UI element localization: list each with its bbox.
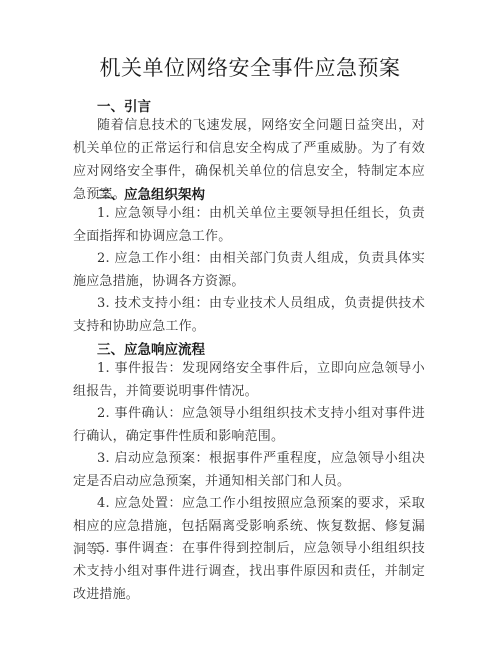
paragraph-org-3: 3. 技术支持小组：由专业技术人员组成，负责提供技术支持和协助应急工作。 (73, 292, 425, 338)
section-heading-organization: 二、应急组织架构 (97, 183, 205, 203)
section-heading-response-process: 三、应急响应流程 (97, 338, 205, 358)
document-title: 机关单位网络安全事件应急预案 (0, 52, 500, 82)
paragraph-process-5: 5. 事件调查：在事件得到控制后，应急领导小组组织技术支持小组对事件进行调查，找… (73, 537, 425, 606)
paragraph-org-1: 1. 应急领导小组：由机关单位主要领导担任组长，负责全面指挥和协调应急工作。 (73, 202, 425, 248)
paragraph-process-1: 1. 事件报告：发现网络安全事件后，立即向应急领导小组报告，并简要说明事件情况。 (73, 357, 425, 403)
paragraph-process-3: 3. 启动应急预案：根据事件严重程度，应急领导小组决定是否启动应急预案，并通知相… (73, 447, 425, 493)
section-heading-introduction: 一、引言 (97, 95, 151, 115)
paragraph-process-2: 2. 事件确认：应急领导小组组织技术支持小组对事件进行确认，确定事件性质和影响范… (73, 402, 425, 448)
paragraph-org-2: 2. 应急工作小组：由相关部门负责人组成，负责具体实施应急措施，协调各方资源。 (73, 247, 425, 293)
